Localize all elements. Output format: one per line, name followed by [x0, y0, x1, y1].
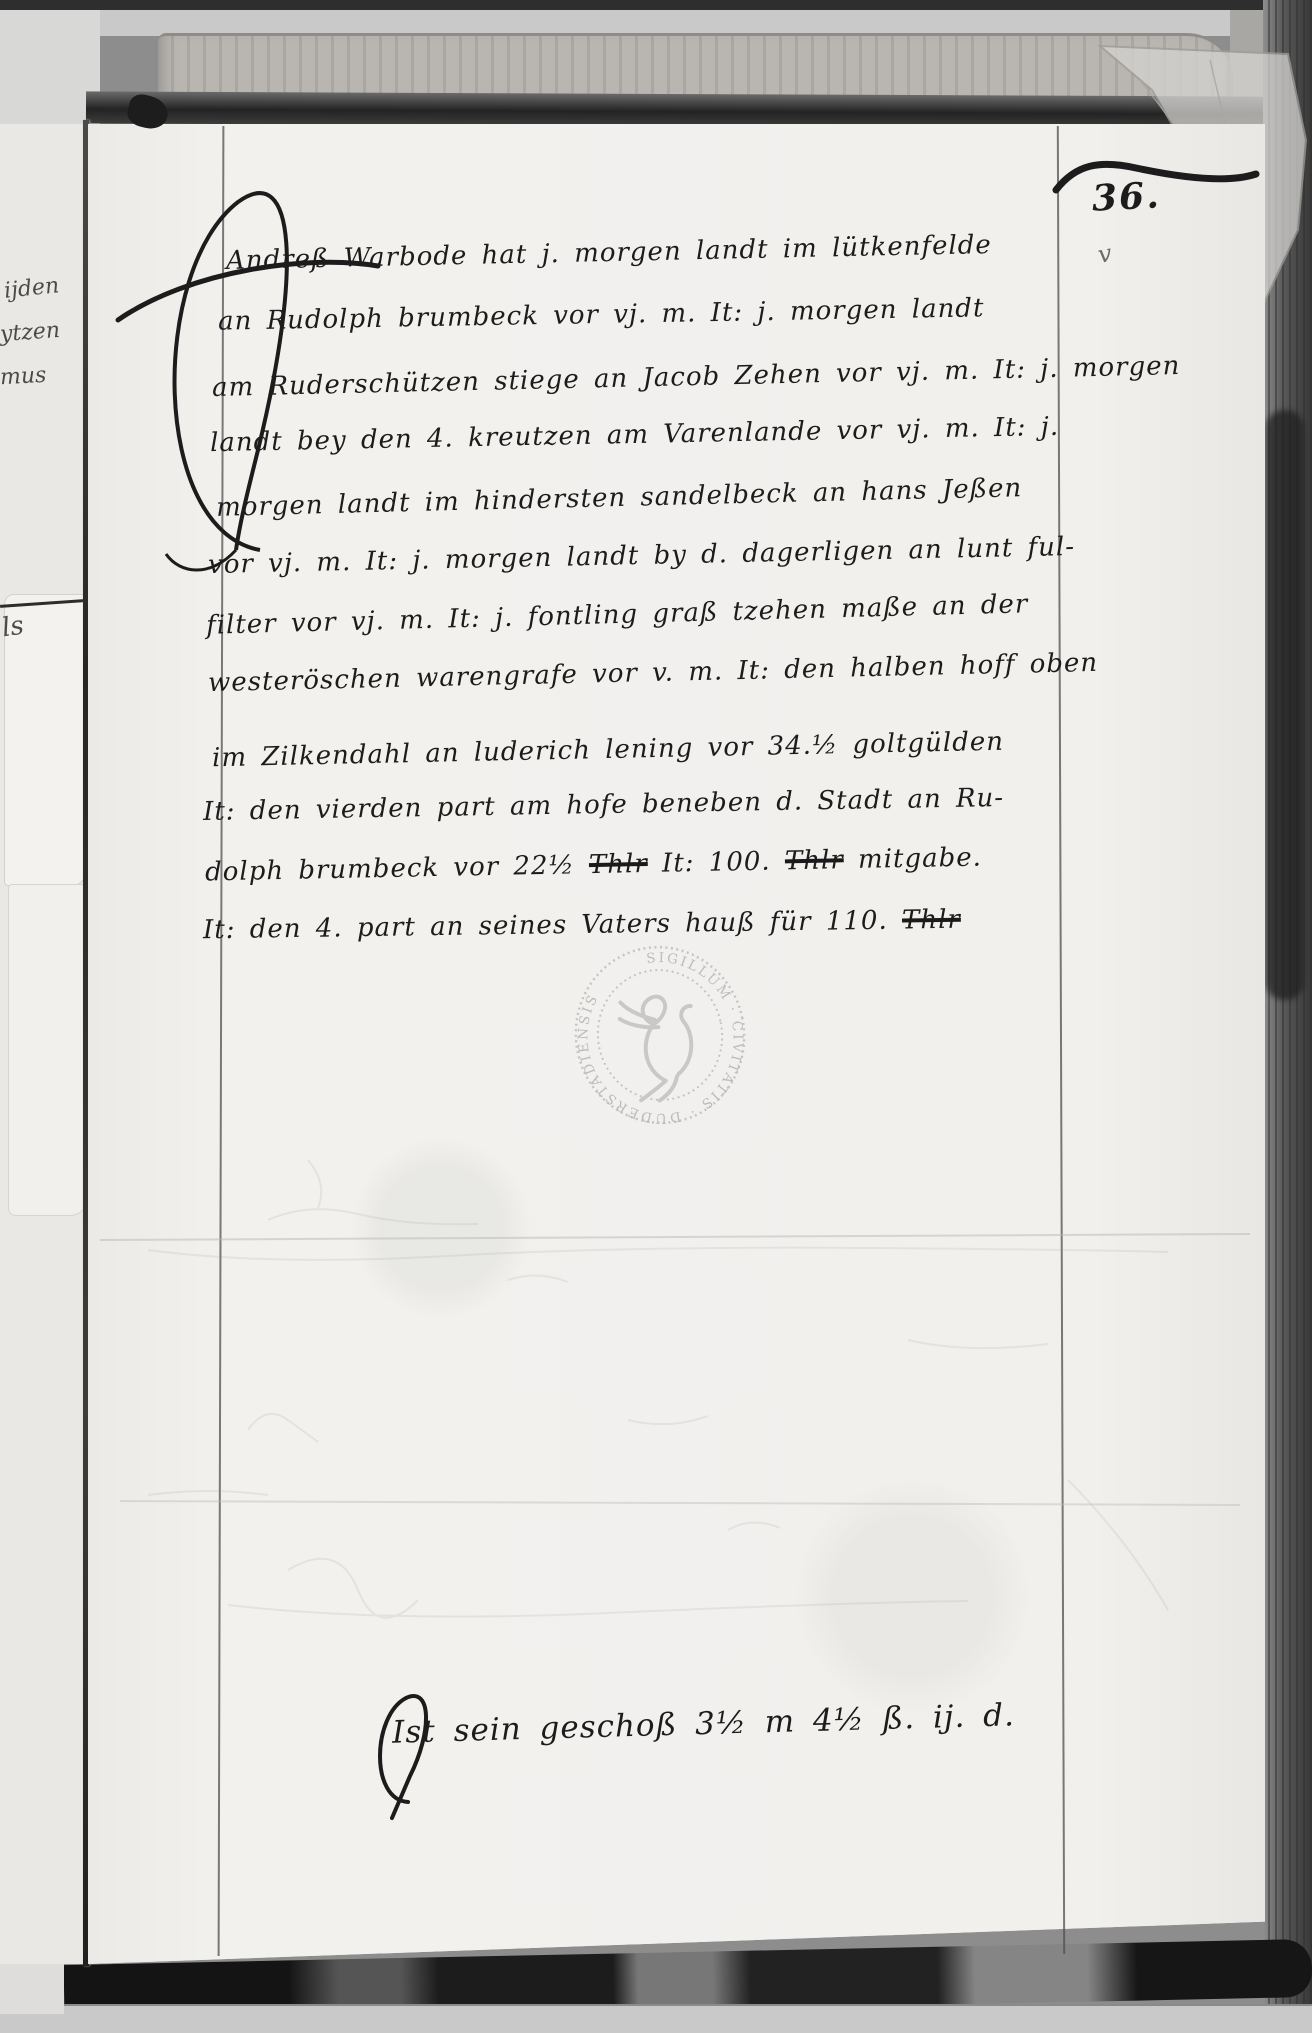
lion-rampant-icon	[616, 988, 708, 1105]
scanned-manuscript-page: ijden ytzen mus ls 36. v Andreß Warbode …	[0, 0, 1312, 2033]
struck-currency-word: Thlr	[902, 905, 961, 936]
right-edge-shadow	[1266, 410, 1304, 1000]
image-top-edge	[0, 0, 1312, 10]
paper-patch	[8, 884, 88, 1216]
previous-page-edge: ijden ytzen mus ls	[0, 124, 88, 1964]
struck-currency-word: Thlr	[589, 849, 648, 880]
marginalia-fragment: ls	[0, 611, 26, 644]
struck-currency-word: Thlr	[785, 845, 844, 876]
line-11-text: mitgabe.	[843, 843, 982, 876]
marginalia-fragment: ytzen	[0, 318, 61, 347]
folio-number: 36.	[1091, 174, 1162, 220]
marginalia-fragment: ijden	[3, 273, 60, 304]
bleed-through-marks	[88, 1100, 1265, 1660]
scanner-background-bottom	[0, 2004, 1312, 2033]
marginalia-fragment: mus	[0, 363, 47, 390]
line-11-text: It: 100.	[647, 846, 785, 879]
